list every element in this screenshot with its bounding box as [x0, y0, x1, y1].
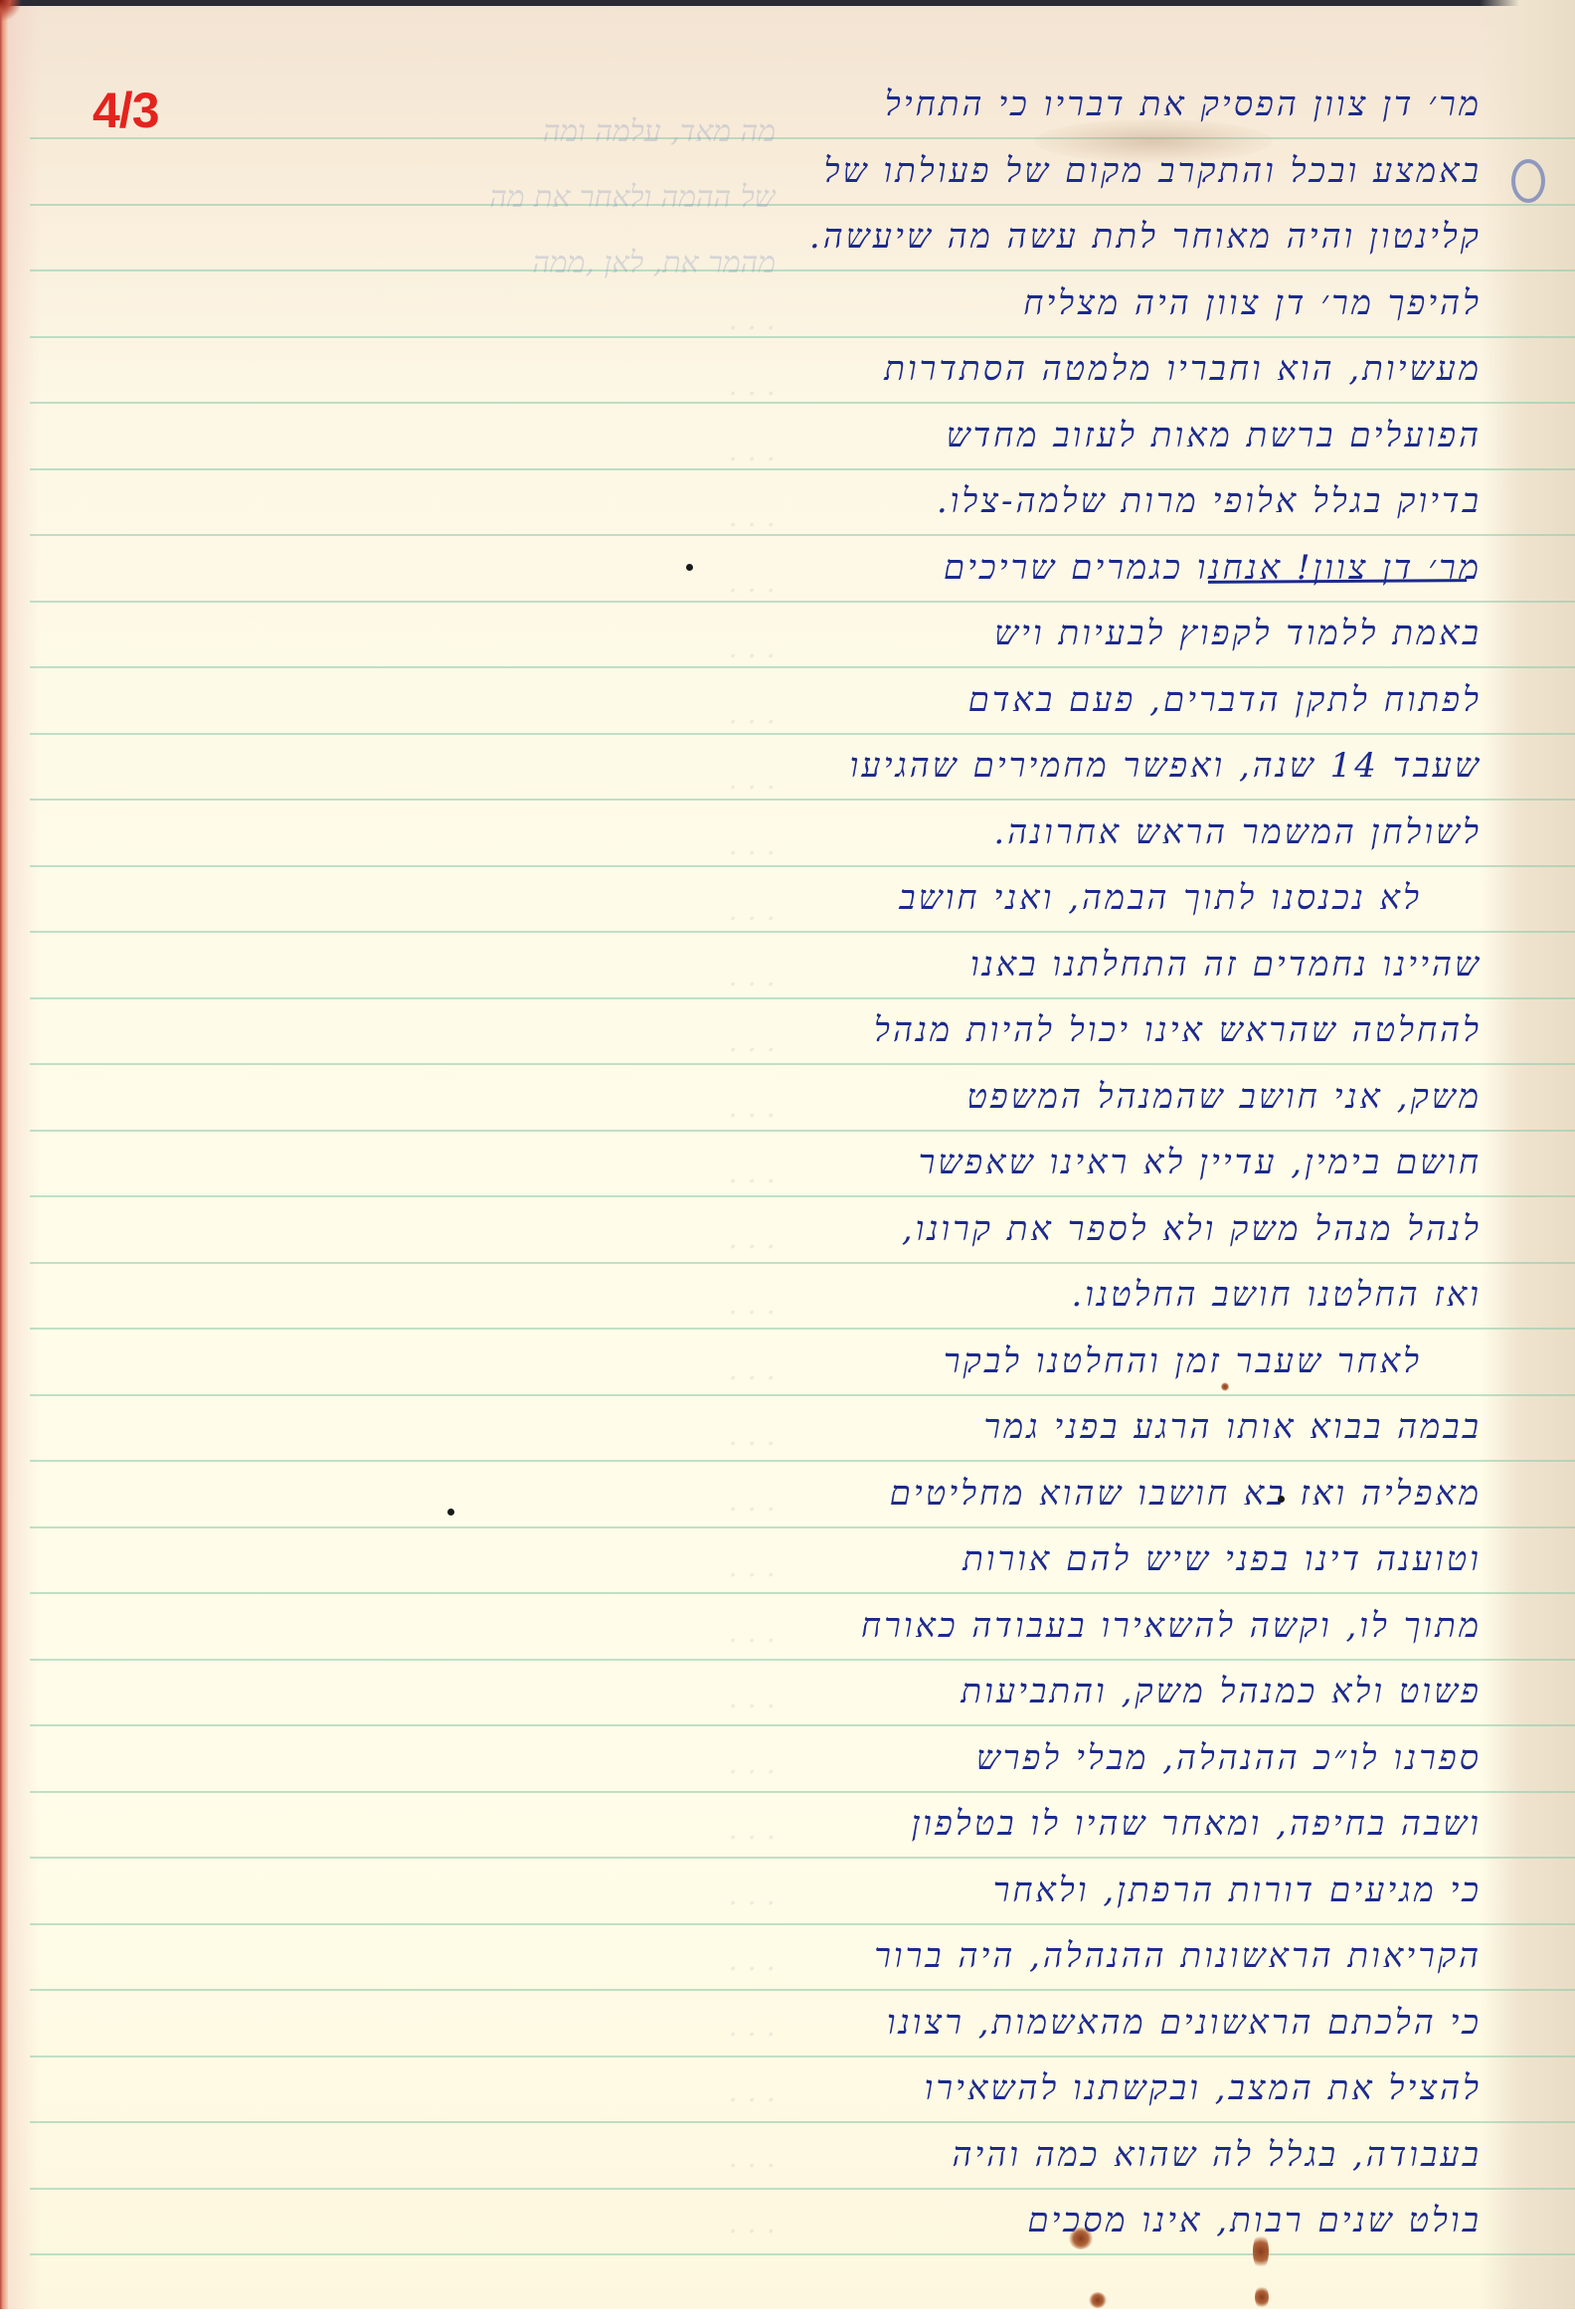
handwritten-line: מר׳ דן צוון! אנחנו כגמרים שריכים — [805, 535, 1482, 602]
bleed-through-line: · · · — [60, 1084, 776, 1150]
handwritten-line: לנהל מנהל משק ולא לספר את קרונו, — [805, 1196, 1482, 1263]
bleed-through-line: · · · — [60, 493, 776, 559]
bleed-through-line: · · · — [60, 1346, 776, 1412]
bleed-through-line: · · · — [60, 362, 776, 428]
ink-dot — [686, 564, 693, 571]
bleed-through-line: · · · — [60, 1675, 776, 1740]
handwritten-line: כי הלכתם הראשונים מהאשמות, רצונו — [805, 1990, 1482, 2056]
notebook-page: 4/3 מה מאד, עלמה ומהשל ההמה ולאחר את מהמ… — [0, 0, 1575, 2309]
bleed-through-line: · · · — [60, 1543, 776, 1609]
bleed-through-line: · · · — [60, 296, 776, 362]
bleed-through-line: · · · — [60, 821, 776, 887]
bleed-through-line: מה מאד, עלמה ומה — [60, 99, 776, 165]
bleed-through-line: · · · — [60, 1937, 776, 2003]
bleed-through-line: · · · — [60, 1412, 776, 1478]
handwritten-line: הפועלים ברשת מאות לעזוב מחדש — [805, 403, 1482, 469]
handwritten-line: באמצע ובכל והתקרב מקום של פעולתו של — [805, 138, 1482, 205]
handwritten-line: משק, אני חושב שהמנהל המשפט — [805, 1064, 1482, 1131]
bleed-through-line: · · · — [60, 690, 776, 756]
handwritten-line: לא נכנסנו לתוך הבמה, ואני חושב — [805, 865, 1482, 932]
ink-stain — [1255, 2285, 1269, 2309]
handwritten-line: הקריאות הראשונות ההנהלה, היה ברור — [805, 1923, 1482, 1990]
ink-dot — [1278, 1496, 1285, 1503]
bleed-through-line: · · · — [60, 1609, 776, 1675]
handwritten-line: בעבודה, בגלל לה שהוא כמה והיה — [805, 2122, 1482, 2189]
bleed-through-line: · · · — [60, 1478, 776, 1543]
bleed-through-line: · · · — [60, 1740, 776, 1806]
handwritten-line: פשוט ולא כמנהל משק, והתביעות — [805, 1659, 1482, 1725]
handwritten-line: שעבד 14 שנה, ואפשר מחמירים שהגיעו — [805, 733, 1482, 800]
bleed-through-line: · · · — [60, 887, 776, 953]
ink-stain — [1221, 1382, 1229, 1391]
handwritten-line: ספרנו לו״כ ההנהלה, מבלי לפרש — [805, 1725, 1482, 1792]
scan-bottom-margin — [0, 2309, 1575, 2324]
handwritten-line: בולט שנים רבות, אינו מסכים — [805, 2188, 1482, 2254]
handwritten-line: ושבה בחיפה, ומאחר שהיו לו בטלפון — [805, 1791, 1482, 1858]
ink-stain — [1253, 2233, 1269, 2270]
handwritten-line: ואז החלטנו חושב החלטנו. — [805, 1262, 1482, 1329]
handwritten-line: וטוענה דינו בפני שיש להם אורות — [805, 1526, 1482, 1593]
page-binding-shadow — [1480, 0, 1575, 2309]
ink-stain — [1069, 2228, 1093, 2249]
scan-top-edge — [0, 0, 1575, 6]
reverse-side-bleed-text: מה מאד, עלמה ומהשל ההמה ולאחר את מהמהמר … — [60, 99, 776, 2265]
handwritten-line: כי מגיעים דורות הרפתן, ולאחר — [805, 1858, 1482, 1924]
page-corner-shadow — [0, 0, 22, 60]
handwritten-text-body: מר׳ דן צוון הפסיק את דבריו כי התחילבאמצע… — [805, 72, 1482, 2254]
bleed-through-line: · · · — [60, 559, 776, 625]
bleed-through-line: · · · — [60, 756, 776, 821]
margin-circle-mark — [1511, 159, 1545, 203]
handwritten-line: מר׳ דן צוון הפסיק את דבריו כי התחיל — [805, 72, 1482, 138]
handwritten-line: מעשיות, הוא וחבריו מלמטה הסתדרות — [805, 336, 1482, 403]
page-left-margin-edge — [0, 0, 8, 2309]
bleed-through-line: · · · — [60, 1018, 776, 1084]
handwritten-line: להחלטה שהראש אינו יכול להיות מנהל — [805, 997, 1482, 1064]
bleed-through-line: · · · — [60, 1215, 776, 1281]
bleed-through-line: · · · — [60, 1150, 776, 1215]
handwritten-line: להציל את המצב, ובקשתנו להשאירו — [805, 2056, 1482, 2122]
bleed-through-line: · · · — [60, 2003, 776, 2068]
handwritten-line: שהיינו נחמדים זה התחלתנו באנו — [805, 932, 1482, 998]
handwritten-line: בדיוק בגלל אלופי מרות שלמה-צלו. — [805, 468, 1482, 535]
bleed-through-line: של ההמה ולאחר את מה — [60, 165, 776, 231]
ink-stain — [1089, 2292, 1107, 2308]
handwritten-line: מאפליה ואז בא חושבו שהוא מחליטים — [805, 1461, 1482, 1527]
handwritten-line: קלינטון והיה מאוחר לתת עשה מה שיעשה. — [805, 204, 1482, 270]
handwritten-line: לשולחן המשמר הראש אחרונה. — [805, 800, 1482, 866]
handwritten-line: לאחר שעבר זמן והחלטנו לבקר — [805, 1329, 1482, 1395]
bleed-through-line: · · · — [60, 953, 776, 1018]
handwritten-line: באמת ללמוד לקפוץ לבעיות ויש — [805, 601, 1482, 667]
bleed-through-line: · · · — [60, 1806, 776, 1872]
bleed-through-line: · · · — [60, 1872, 776, 1937]
bleed-through-line: · · · — [60, 1281, 776, 1346]
bleed-through-line: · · · — [60, 2200, 776, 2265]
bleed-through-line: מהמר את, לאן ,ממה — [60, 231, 776, 296]
handwritten-line: לפתוח לתקן הדברים, פעם באדם — [805, 667, 1482, 734]
handwritten-line: מתוך לו, וקשה להשאירו בעבודה כאורח — [805, 1593, 1482, 1660]
ink-dot — [447, 1509, 454, 1516]
handwritten-line: להיפך מר׳ דן צוון היה מצליח — [805, 270, 1482, 337]
bleed-through-line: · · · — [60, 625, 776, 690]
handwritten-line: חושם בימין, עדיין לא ראינו שאפשר — [805, 1130, 1482, 1196]
handwritten-line: בבמה בבוא אותו הרגע בפני גמר — [805, 1394, 1482, 1461]
bleed-through-line: · · · — [60, 2134, 776, 2200]
bleed-through-line: · · · — [60, 2068, 776, 2134]
bleed-through-line: · · · — [60, 428, 776, 493]
